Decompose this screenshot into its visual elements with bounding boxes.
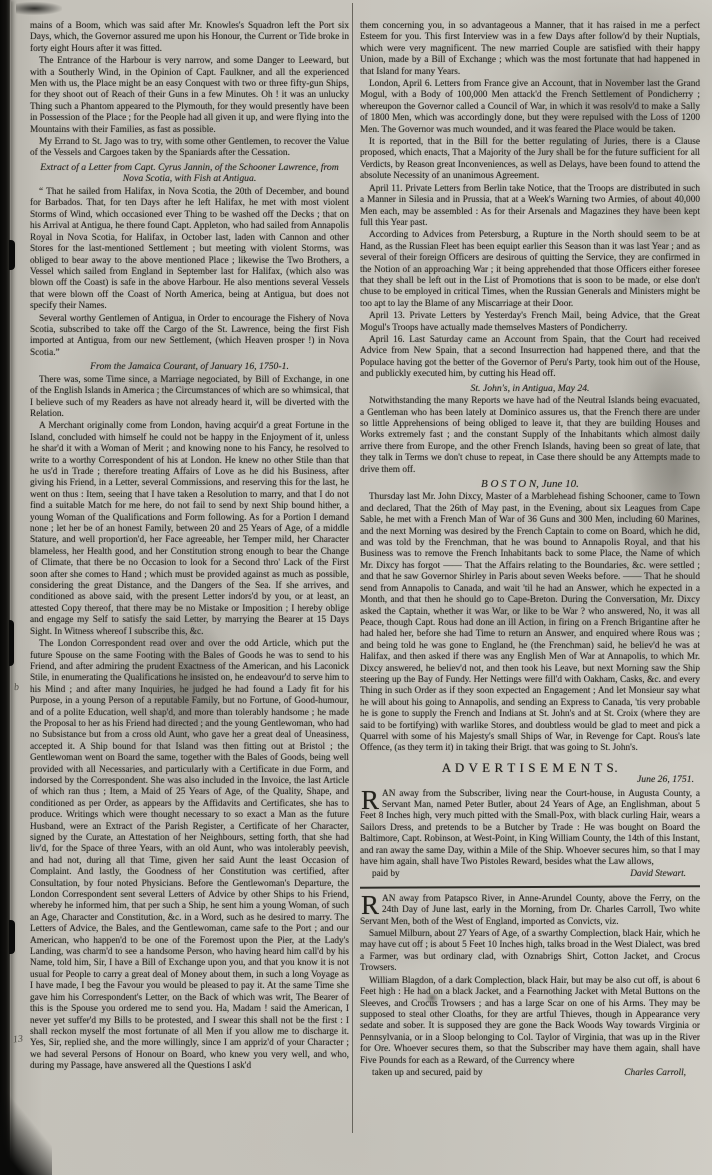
paragraph: mains of a Boom, which was said after Mr… bbox=[30, 21, 349, 55]
signature-lead: paid by bbox=[360, 869, 400, 880]
paragraph: According to Advices from Petersburg, a … bbox=[360, 230, 700, 310]
ink-blot bbox=[16, 2, 62, 15]
advertisement: RAN away from the Subscriber, living nea… bbox=[360, 789, 700, 869]
paragraph: Notwithstanding the many Reports we have… bbox=[360, 396, 700, 476]
advertisements-heading: A D V E R T I S E M E N T S. bbox=[360, 762, 700, 773]
drop-cap: R bbox=[360, 789, 382, 811]
signature-row: taken up and secured, paid byCharles Car… bbox=[360, 1068, 696, 1079]
signature-lead: taken up and secured, paid by bbox=[360, 1068, 483, 1079]
paragraph: April 16. Last Saturday came an Account … bbox=[360, 335, 700, 381]
paragraph: Samuel Milburn, about 27 Years of Age, o… bbox=[360, 929, 700, 975]
binding-nub bbox=[9, 240, 15, 270]
binding-nub bbox=[9, 620, 14, 666]
section-heading: Extract of a Letter from Capt. Cyrus Jan… bbox=[38, 162, 341, 185]
paragraph: April 13. Private Letters by Yesterday's… bbox=[360, 311, 700, 334]
ink-blot bbox=[425, 992, 439, 1004]
binding-nub bbox=[9, 920, 15, 954]
paragraph: “ That he sailed from Halifax, in Nova S… bbox=[30, 187, 349, 312]
dateline: June 26, 1751. bbox=[360, 774, 694, 785]
paragraph: Thursday last Mr. John Dixcy, Master of … bbox=[360, 492, 700, 754]
corner-shadow bbox=[0, 1089, 52, 1175]
paragraph: April 11. Private Letters from Berlin ta… bbox=[360, 184, 700, 230]
city-dateline: B O S T O N, June 10. bbox=[360, 479, 700, 490]
paragraph: It is reported, that in the Bill for the… bbox=[360, 137, 700, 183]
paragraph: Several worthy Gentlemen of Antigua, in … bbox=[30, 314, 349, 360]
column-divider-rule bbox=[352, 3, 353, 1133]
advertisement-text: AN away from Patapsco River, in Anne-Aru… bbox=[360, 894, 700, 927]
paragraph: The London Correspondent read over and o… bbox=[30, 639, 349, 1072]
paragraph: A Merchant originally come from London, … bbox=[30, 421, 349, 638]
signature-name: David Stewart. bbox=[630, 869, 696, 880]
paragraph: My Errand to St. Jago was to try, with s… bbox=[30, 137, 349, 160]
paragraph: London, April 6. Letters from France giv… bbox=[360, 79, 700, 136]
section-heading: From the Jamaica Courant, of January 16,… bbox=[38, 361, 341, 373]
divider-rule bbox=[360, 885, 700, 888]
paragraph: William Blagdon, of a dark Complection, … bbox=[360, 976, 700, 1067]
column-right: them concerning you, in so advantageous … bbox=[360, 21, 700, 1081]
binding-edge bbox=[0, 0, 11, 1175]
signature-row: paid byDavid Stewart. bbox=[360, 869, 696, 880]
signature-name: Charles Carroll, bbox=[624, 1068, 696, 1079]
advertisement-text: AN away from the Subscriber, living near… bbox=[360, 789, 700, 867]
advertisement: RAN away from Patapsco River, in Anne-Ar… bbox=[360, 894, 700, 928]
section-heading: St. John's, in Antigua, May 24. bbox=[368, 383, 692, 395]
margin-mark: 13 bbox=[12, 1034, 23, 1046]
column-left: mains of a Boom, which was said after Mr… bbox=[30, 21, 349, 1074]
paragraph: There was, some Time since, a Marriage n… bbox=[30, 375, 349, 421]
drop-cap: R bbox=[360, 894, 382, 916]
paragraph: them concerning you, in so advantageous … bbox=[360, 21, 700, 78]
margin-mark: b bbox=[13, 682, 19, 693]
newspaper-page: b 13 mains of a Boom, which was said aft… bbox=[0, 0, 712, 1175]
paragraph: The Entrance of the Harbour is very narr… bbox=[30, 56, 349, 136]
